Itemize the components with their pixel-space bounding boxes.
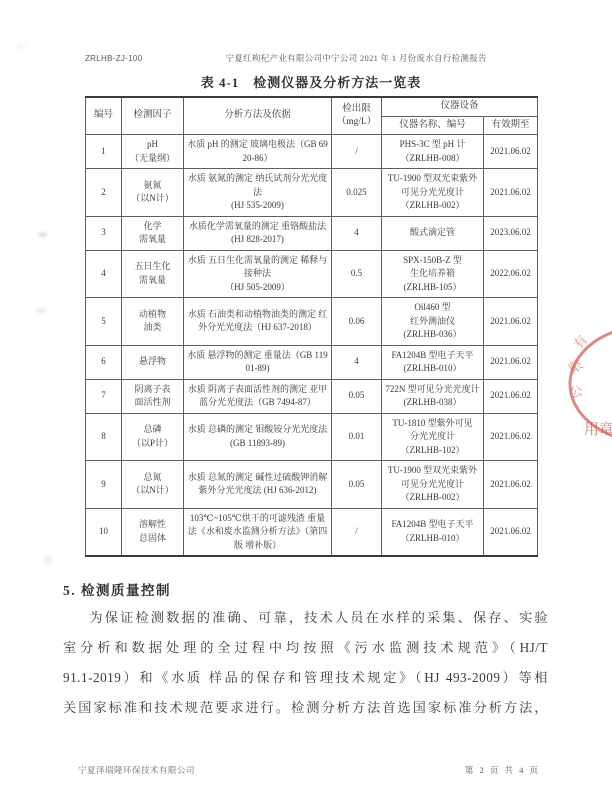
cell-method: 水质 阴离子表面活性剂的测定 亚甲蓝分光光度法（GB 7494-87） (184, 379, 332, 413)
cell-instrument: FA1204B 型电子天平 （ZRLHB-010） (382, 508, 484, 556)
col-header-method: 分析方法及依据 (184, 97, 332, 135)
scan-smudge (36, 308, 46, 313)
cell-factor: 阴离子表 面活性剂 (122, 379, 184, 413)
cell-validity: 2021.06.02 (484, 508, 538, 556)
cell-method: 水质 五日生化需氧量的测定 稀释与接种法 （HJ 505-2009） (184, 250, 332, 298)
cell-no: 8 (86, 413, 122, 461)
cell-validity: 2021.06.02 (484, 461, 538, 509)
cell-method: 水质 总磷的测定 钼酸铵分光光度法 (GB 11893-89) (184, 413, 332, 461)
cell-validity: 2021.06.02 (484, 413, 538, 461)
cell-limit: 4 (332, 345, 382, 379)
cell-method: 水质化学需氧量的测定 重铬酸盐法 (HJ 828-2017) (184, 216, 332, 250)
page-footer: 宁夏泽瑞隆环保技术有限公司 第 2 页 共 4 页 (78, 764, 540, 776)
cell-instrument: Oil460 型 红外测油仪 (ZRLHB-036） (382, 298, 484, 346)
table-row: 3 化学 需氧量 水质化学需氧量的测定 重铬酸盐法 (HJ 828-2017) … (86, 216, 538, 250)
cell-method: 103℃~105℃烘干的可滤残渣 重量法《水和废水监测分析方法》（第四版 增补版… (184, 508, 332, 556)
table-row: 1 pH （无量纲） 水质 pH 的测定 玻璃电极法（GB 6920-86） /… (86, 135, 538, 169)
cell-validity: 2022.06.02 (484, 250, 538, 298)
cell-limit: 0.06 (332, 298, 382, 346)
table-row: 7 阴离子表 面活性剂 水质 阴离子表面活性剂的测定 亚甲蓝分光光度法（GB 7… (86, 379, 538, 413)
cell-factor: 五日生化 需氧量 (122, 250, 184, 298)
report-page: ZRLHB-ZJ-100 宁夏红枸杞产业有限公司中宁公司 2021 年 1 月份… (0, 0, 612, 792)
section-heading: 5. 检测质量控制 (63, 579, 548, 599)
cell-no: 10 (86, 508, 122, 556)
stamp-arc-char: 有 (571, 332, 591, 351)
paragraph-line: 室分析和数据处理的全过程中均按照《污水监测技术规范》（HJ/T (63, 633, 548, 663)
col-header-instrument: 仪器名称、编号 (382, 116, 484, 135)
table-row: 10 溶解性 总固体 103℃~105℃烘干的可滤残渣 重量法《水和废水监测分析… (86, 508, 538, 556)
cell-factor: 溶解性 总固体 (122, 508, 184, 556)
col-header-limit: 检出限 （mg/L） (332, 97, 382, 135)
cell-method: 水质 氨氮的测定 纳氏试剂分光光度法 (HJ 535-2009) (184, 169, 332, 217)
cell-limit: 0.05 (332, 379, 382, 413)
running-header: ZRLHB-ZJ-100 宁夏红枸杞产业有限公司中宁公司 2021 年 1 月份… (85, 52, 536, 64)
cell-method: 水质 悬浮物的测定 重量法（GB 11901-89) (184, 345, 332, 379)
cell-no: 5 (86, 298, 122, 346)
cell-limit: 4 (332, 216, 382, 250)
table-row: 5 动植物 油类 水质 石油类和动植物油类的测定 红外分光光度法（HJ 637-… (86, 298, 538, 346)
table-row: 8 总磷 （以P计） 水质 总磷的测定 钼酸铵分光光度法 (GB 11893-8… (86, 413, 538, 461)
cell-instrument: TU-1900 型双光束紫外可见分光光度计 （ZRLHB-002） (382, 461, 484, 509)
cell-limit: 0.01 (332, 413, 382, 461)
table-row: 9 总氮 （以N计） 水质 总氮的测定 碱性过硫酸钾消解紫外分光光度法 (HJ … (86, 461, 538, 509)
doc-number: ZRLHB-ZJ-100 (85, 54, 142, 63)
cell-factor: 化学 需氧量 (122, 216, 184, 250)
footer-page-number: 第 2 页 共 4 页 (465, 764, 540, 776)
cell-method: 水质 石油类和动植物油类的测定 红外分光光度法（HJ 637-2018） (184, 298, 332, 346)
stamp-arc-char: 限 (566, 357, 585, 377)
cell-validity: 2021.06.02 (484, 379, 538, 413)
cell-instrument: TU-1900 型双光束紫外可见分光光度计 （ZRLHB-002） (382, 169, 484, 217)
stamp-arc-char: 公 (568, 383, 584, 401)
paragraph-line: 91.1-2019）和《水质 样品的保存和管理技术规定》（HJ 493-2009… (63, 663, 548, 693)
instruments-table: 编号 检测因子 分析方法及依据 检出限 （mg/L） 仪器设备 仪器名称、编号 … (85, 96, 538, 557)
cell-no: 7 (86, 379, 122, 413)
paragraph-line: 为保证检测数据的准确、可靠，技术人员在水样的采集、保存、实验 (63, 603, 548, 633)
paragraph-line: 关国家标准和技术规范要求进行。检测分析方法首选国家标准分析方法， (63, 693, 548, 723)
section-paragraph: 为保证检测数据的准确、可靠，技术人员在水样的采集、保存、实验 室分析和数据处理的… (63, 603, 548, 723)
cell-limit: / (332, 135, 382, 169)
cell-factor: pH （无量纲） (122, 135, 184, 169)
scan-smudge (44, 556, 52, 564)
cell-validity: 2021.06.02 (484, 298, 538, 346)
cell-no: 2 (86, 169, 122, 217)
cell-factor: 总氮 （以N计） (122, 461, 184, 509)
cell-no: 1 (86, 135, 122, 169)
cell-limit: 0.05 (332, 461, 382, 509)
cell-no: 3 (86, 216, 122, 250)
cell-limit: / (332, 508, 382, 556)
cell-instrument: 722N 型可见分光光度计(ZRLHB-038） (382, 379, 484, 413)
table-number: 表 4-1 (201, 75, 240, 90)
col-header-validity: 有效期至 (484, 116, 538, 135)
cell-instrument: PHS-3C 型 pH 计 （ZRLHB-008） (382, 135, 484, 169)
quality-control-section: 5. 检测质量控制 为保证检测数据的准确、可靠，技术人员在水样的采集、保存、实验… (63, 579, 548, 723)
col-header-factor: 检测因子 (122, 97, 184, 135)
cell-instrument: SPX-150B-Z 型 生化培养箱 (ZRLHB-105） (382, 250, 484, 298)
col-header-no: 编号 (86, 97, 122, 135)
cell-factor: 动植物 油类 (122, 298, 184, 346)
cell-factor: 悬浮物 (122, 345, 184, 379)
cell-validity: 2021.06.02 (484, 135, 538, 169)
stamp-bottom-text: 用章 (584, 420, 612, 438)
scan-smudge (38, 232, 47, 237)
cell-no: 6 (86, 345, 122, 379)
table-title-text: 检测仪器及分析方法一览表 (253, 75, 421, 90)
table-row: 6 悬浮物 水质 悬浮物的测定 重量法（GB 11901-89) 4 FA120… (86, 345, 538, 379)
cell-instrument: FA1204B 型电子天平 (ZRLHB-010） (382, 345, 484, 379)
cell-limit: 0.025 (332, 169, 382, 217)
cell-validity: 2023.06.02 (484, 216, 538, 250)
table-row: 4 五日生化 需氧量 水质 五日生化需氧量的测定 稀释与接种法 （HJ 505-… (86, 250, 538, 298)
cell-factor: 总磷 （以P计） (122, 413, 184, 461)
cell-method: 水质 总氮的测定 碱性过硫酸钾消解紫外分光光度法 (HJ 636-2012) (184, 461, 332, 509)
red-seal-stamp: 有 限 公 用章 (546, 322, 612, 458)
cell-no: 4 (86, 250, 122, 298)
cell-factor: 氨氮 （以N计） (122, 169, 184, 217)
cell-instrument: TU-1810 型紫外可见 分光光度计 （ZRLHB-102） (382, 413, 484, 461)
footer-company: 宁夏泽瑞隆环保技术有限公司 (78, 764, 195, 776)
cell-limit: 0.5 (332, 250, 382, 298)
cell-validity: 2021.06.02 (484, 169, 538, 217)
cell-validity: 2021.06.02 (484, 345, 538, 379)
table-row: 2 氨氮 （以N计） 水质 氨氮的测定 纳氏试剂分光光度法 (HJ 535-20… (86, 169, 538, 217)
cell-instrument: 酸式滴定管 (382, 216, 484, 250)
table-title: 表 4-1检测仪器及分析方法一览表 (85, 72, 537, 91)
report-header-title: 宁夏红枸杞产业有限公司中宁公司 2021 年 1 月份废水自行检测报告 (176, 52, 536, 64)
cell-method: 水质 pH 的测定 玻璃电极法（GB 6920-86） (184, 135, 332, 169)
col-header-equipment: 仪器设备 (382, 97, 538, 116)
scan-smudge (16, 44, 26, 48)
cell-no: 9 (86, 461, 122, 509)
